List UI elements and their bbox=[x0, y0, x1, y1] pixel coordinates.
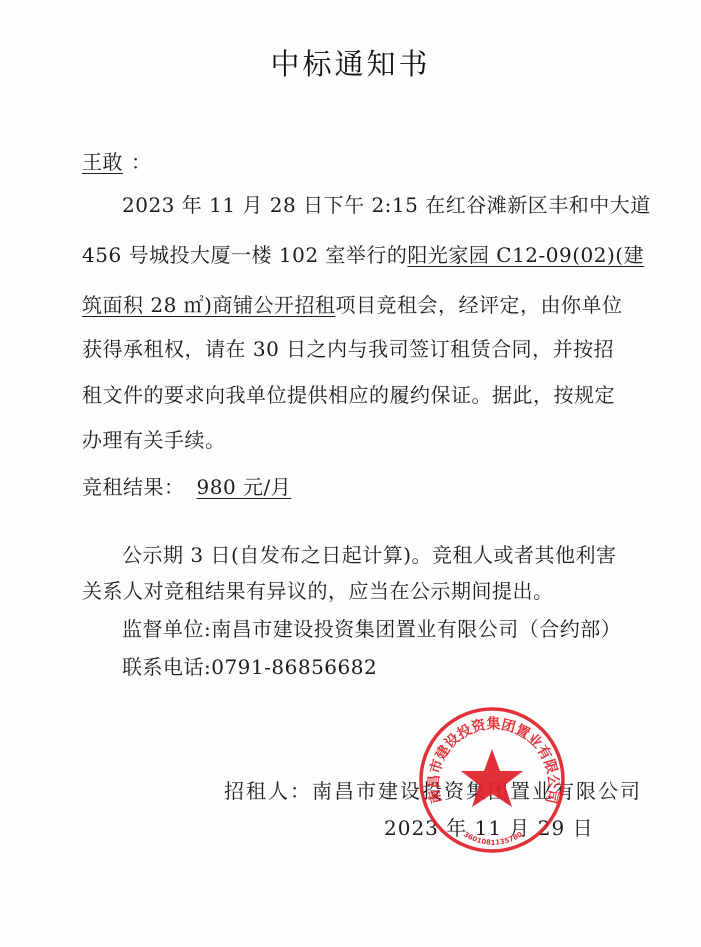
bid-result-value: 980 元/月 bbox=[185, 471, 306, 500]
bid-result-label: 竞租结果： bbox=[82, 475, 185, 499]
notice-document: 中标通知书 王敢： 2023 年 11 月 28 日下午 2:15 在红谷滩新区… bbox=[0, 0, 701, 947]
recipient-name: 王敢 bbox=[82, 150, 131, 174]
body-text: 办理有关手续。 bbox=[82, 428, 226, 452]
body-line-1: 2023 年 11 月 28 日下午 2:15 在红谷滩新区丰和中大道 bbox=[122, 189, 651, 218]
body-text: 456 号城投大厦一楼 102 室举行的 bbox=[82, 243, 407, 267]
seal-code: 3601081135780 bbox=[462, 830, 524, 847]
bid-result: 竞租结果：980 元/月 bbox=[82, 471, 305, 500]
project-name-underlined: 筑面积 28 ㎡)商铺公开招租 bbox=[82, 293, 335, 317]
supervisor-line: 监督单位:南昌市建设投资集团置业有限公司（合约部） bbox=[122, 613, 621, 642]
notice-line-1: 公示期 3 日(自发布之日起计算)。竞租人或者其他利害 bbox=[122, 539, 617, 568]
body-text: 2023 年 11 月 28 日下午 2:15 在红谷滩新区丰和中大道 bbox=[122, 193, 651, 217]
body-text: 租文件的要求向我单位提供相应的履约保证。据此，按规定 bbox=[82, 383, 615, 407]
body-text: 项目竞租会，经评定，由你单位 bbox=[335, 293, 622, 317]
salutation: 王敢： bbox=[82, 146, 152, 175]
contact-line: 联系电话:0791-86856682 bbox=[122, 651, 377, 680]
body-line-5: 租文件的要求向我单位提供相应的履约保证。据此，按规定 bbox=[82, 379, 615, 408]
body-line-4: 获得承租权，请在 30 日之内与我司签订租赁合同，并按招 bbox=[82, 333, 614, 362]
notice-line-2: 关系人对竞租结果有异议的，应当在公示期间提出。 bbox=[82, 575, 554, 604]
body-line-2: 456 号城投大厦一楼 102 室举行的阳光家园 C12-09(02)(建 bbox=[82, 239, 644, 268]
company-seal-icon: 南昌市建设投资集团置业有限公司 3601081135780 bbox=[417, 705, 567, 855]
svg-text:3601081135780: 3601081135780 bbox=[462, 830, 524, 847]
salutation-colon: ： bbox=[131, 150, 152, 174]
project-name-underlined: 阳光家园 C12-09(02)(建 bbox=[407, 243, 644, 267]
document-title: 中标通知书 bbox=[0, 42, 701, 83]
body-text: 获得承租权，请在 30 日之内与我司签订租赁合同，并按招 bbox=[82, 337, 614, 361]
body-line-3: 筑面积 28 ㎡)商铺公开招租项目竞租会，经评定，由你单位 bbox=[82, 289, 622, 318]
body-line-6: 办理有关手续。 bbox=[82, 424, 226, 453]
